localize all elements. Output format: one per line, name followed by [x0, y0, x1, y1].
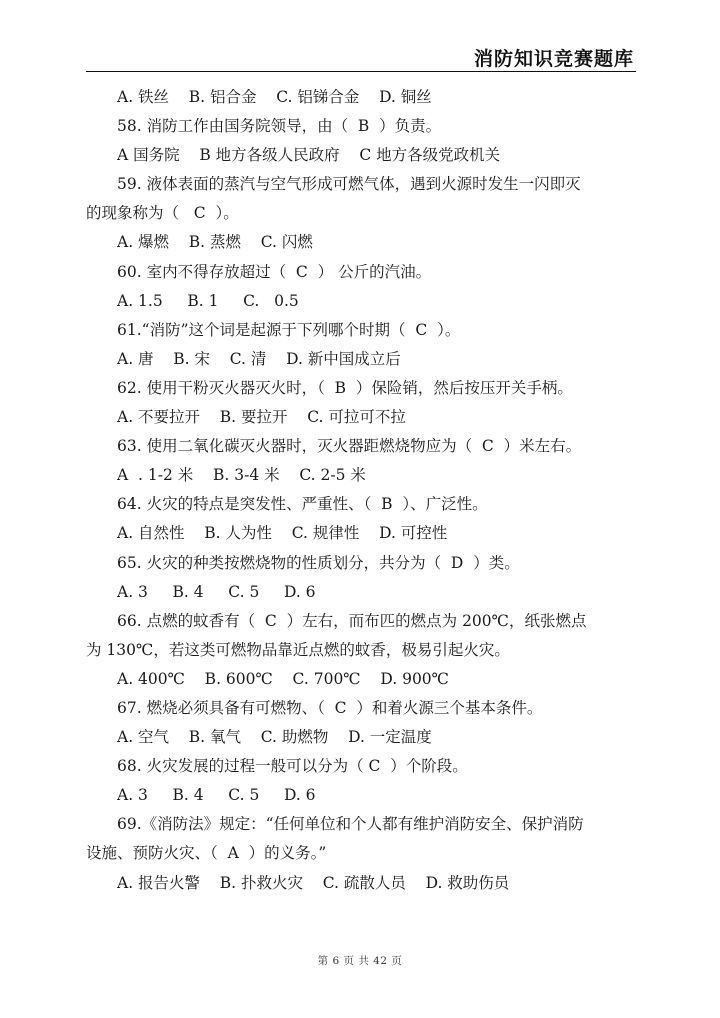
question-59: 59. 液体表面的蒸汽与空气形成可燃气体，遇到火源时发生一闪即灭 — [86, 170, 636, 199]
option-line-62: A. 不要拉开 B. 要拉开 C. 可拉可不拉 — [86, 403, 636, 432]
option-line-59: A. 爆燃 B. 蒸燃 C. 闪燃 — [86, 228, 636, 257]
question-61: 61.“消防”这个词是起源于下列哪个时期（ C ）。 — [86, 316, 636, 345]
question-66: 66. 点燃的蚊香有（ C ）左右，而布匹的燃点为 200℃，纸张燃点 — [86, 607, 636, 636]
option-line-58: A 国务院 B 地方各级人民政府 C 地方各级党政机关 — [86, 141, 636, 170]
question-body: A. 铁丝 B. 铝合金 C. 铝锑合金 D. 铜丝 58. 消防工作由国务院领… — [86, 83, 636, 898]
option-line-60: A. 1.5 B. 1 C. 0.5 — [86, 287, 636, 316]
option-line-69: A. 报告火警 B. 扑救火灾 C. 疏散人员 D. 救助伤员 — [86, 869, 636, 898]
option-line-57: A. 铁丝 B. 铝合金 C. 铝锑合金 D. 铜丝 — [86, 83, 636, 112]
document-title: 消防知识竞赛题库 — [474, 44, 634, 71]
option-line-67: A. 空气 B. 氧气 C. 助燃物 D. 一定温度 — [86, 723, 636, 752]
option-line-63: A . 1-2 米 B. 3-4 米 C. 2-5 米 — [86, 461, 636, 490]
question-63: 63. 使用二氧化碳灭火器时，灭火器距燃烧物应为（ C ）米左右。 — [86, 432, 636, 461]
option-line-65: A. 3 B. 4 C. 5 D. 6 — [86, 578, 636, 607]
option-line-68: A. 3 B. 4 C. 5 D. 6 — [86, 781, 636, 810]
option-line-61: A. 唐 B. 宋 C. 清 D. 新中国成立后 — [86, 345, 636, 374]
question-60: 60. 室内不得存放超过（ C ） 公斤的汽油。 — [86, 258, 636, 287]
question-66-cont: 为 130℃，若这类可燃物品靠近点燃的蚊香，极易引起火灾。 — [86, 636, 636, 665]
question-69: 69.《消防法》规定：“任何单位和个人都有维护消防安全、保护消防 — [86, 810, 636, 839]
question-65: 65. 火灾的种类按燃烧物的性质划分，共分为（ D ）类。 — [86, 549, 636, 578]
page-number-footer: 第 6 页 共 42 页 — [0, 953, 720, 968]
question-58: 58. 消防工作由国务院领导，由（ B ）负责。 — [86, 112, 636, 141]
question-69-cont: 设施、预防火灾、（ A ）的义务。” — [86, 839, 636, 868]
question-64: 64. 火灾的特点是突发性、严重性、（ B ）、广泛性。 — [86, 490, 636, 519]
option-line-66: A. 400℃ B. 600℃ C. 700℃ D. 900℃ — [86, 665, 636, 694]
question-59-cont: 的现象称为（ C ）。 — [86, 199, 636, 228]
question-68: 68. 火灾发展的过程一般可以分为（ C ）个阶段。 — [86, 752, 636, 781]
option-line-64: A. 自然性 B. 人为性 C. 规律性 D. 可控性 — [86, 519, 636, 548]
question-62: 62. 使用干粉灭火器灭火时，（ B ）保险销，然后按压开关手柄。 — [86, 374, 636, 403]
header-divider — [86, 71, 636, 72]
question-67: 67. 燃烧必须具备有可燃物、（ C ）和着火源三个基本条件。 — [86, 694, 636, 723]
